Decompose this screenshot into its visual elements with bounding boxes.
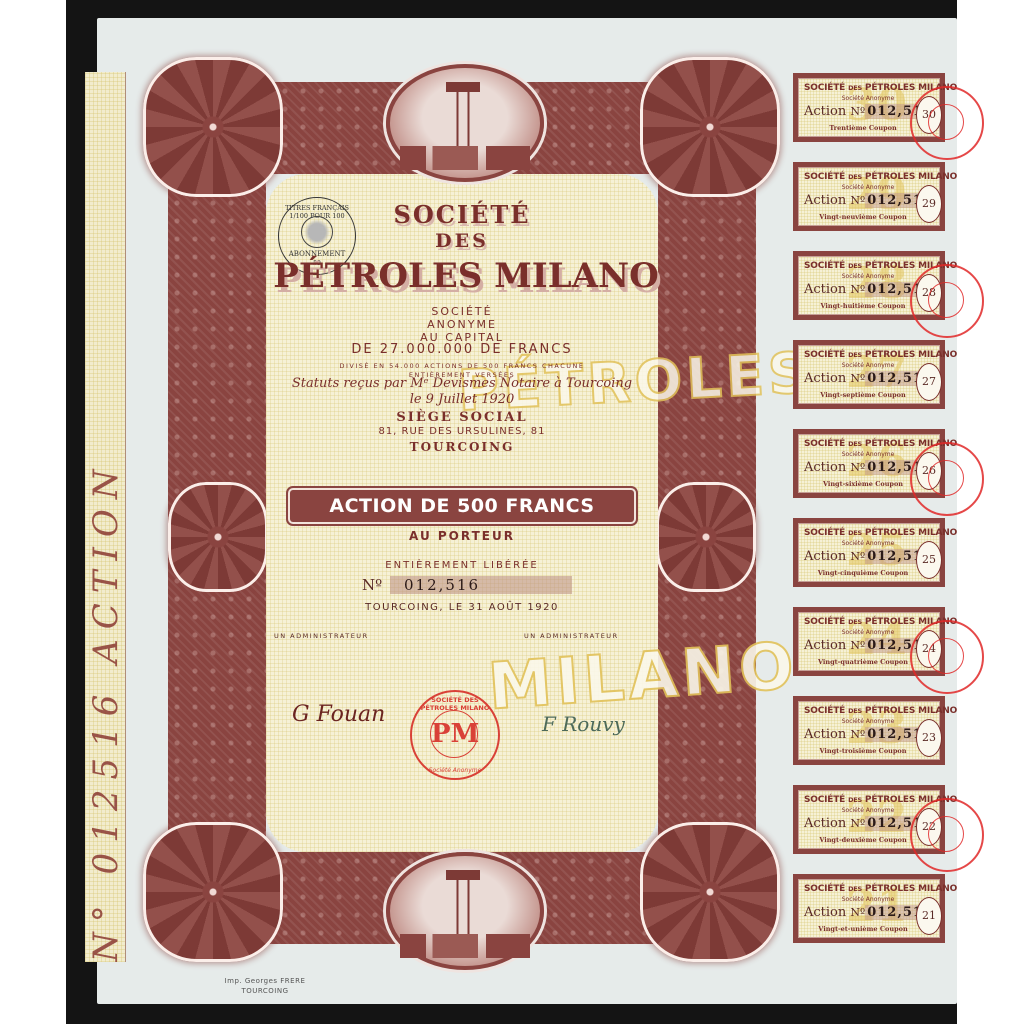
coupon-number-oval: 27 bbox=[916, 363, 942, 401]
coupon-number-oval: 22 bbox=[916, 808, 942, 846]
capital-amount: DE 27.000.000 DE FRANCS bbox=[266, 344, 658, 356]
coupon-sheet: 30SOCIÉTÉ DES PÉTROLES MILANOSociété Ano… bbox=[793, 73, 953, 963]
share-title-banner: ACTION DE 500 FRANCS bbox=[290, 490, 634, 522]
legal-form-2: ANONYME bbox=[266, 319, 658, 331]
dividend-coupon: 29SOCIÉTÉ DES PÉTROLES MILANOSociété Ano… bbox=[793, 162, 945, 231]
dividend-coupon: 22SOCIÉTÉ DES PÉTROLES MILANOSociété Ano… bbox=[793, 785, 945, 854]
rosette-ornament bbox=[143, 57, 283, 197]
oil-derrick-vignette bbox=[386, 64, 544, 182]
dividend-coupon: 23SOCIÉTÉ DES PÉTROLES MILANOSociété Ano… bbox=[793, 696, 945, 765]
coupon-company: SOCIÉTÉ DES PÉTROLES MILANO bbox=[804, 884, 944, 894]
coupon-legal-form: Société Anonyme bbox=[798, 896, 938, 903]
coupon-number-oval: 25 bbox=[916, 541, 942, 579]
coupon-label: Vingt-septième Coupon bbox=[798, 391, 928, 399]
seat-city: TOURCOING bbox=[266, 440, 658, 454]
dividend-coupon: 28SOCIÉTÉ DES PÉTROLES MILANOSociété Ano… bbox=[793, 251, 945, 320]
issue-place-date: TOURCOING, LE 31 AOÛT 1920 bbox=[266, 602, 658, 614]
coupon-label: Trentième Coupon bbox=[798, 124, 928, 132]
monogram-icon: PM bbox=[430, 710, 478, 758]
coupon-label: Vingt-et-unième Coupon bbox=[798, 925, 928, 933]
coupon-company: SOCIÉTÉ DES PÉTROLES MILANO bbox=[804, 83, 944, 93]
coupon-label: Vingt-sixième Coupon bbox=[798, 480, 928, 488]
certificate-frame: PÉTROLES MILANO TITRES FRANÇAIS 1/100 PO… bbox=[148, 62, 773, 962]
rosette-ornament bbox=[656, 482, 756, 592]
coupon-number-oval: 21 bbox=[916, 897, 942, 935]
coupon-label: Vingt-quatrième Coupon bbox=[798, 658, 928, 666]
company-line-1: SOCIÉTÉ bbox=[266, 200, 658, 229]
fully-paid-label: ENTIÈREMENT LIBÉRÉE bbox=[266, 560, 658, 572]
coupon-number-oval: 24 bbox=[916, 630, 942, 668]
coupon-legal-form: Société Anonyme bbox=[798, 451, 938, 458]
certificate-number: Nº 012,516 bbox=[362, 576, 572, 594]
coupon-label: Vingt-troisième Coupon bbox=[798, 747, 928, 755]
rosette-ornament bbox=[168, 482, 268, 592]
talon-script: N° 012516 ACTION bbox=[89, 72, 123, 962]
coupon-number-oval: 26 bbox=[916, 452, 942, 490]
coupon-company: SOCIÉTÉ DES PÉTROLES MILANO bbox=[804, 439, 944, 449]
coupon-legal-form: Société Anonyme bbox=[798, 95, 938, 102]
coupon-label: Vingt-deuxième Coupon bbox=[798, 836, 928, 844]
rosette-ornament bbox=[640, 822, 780, 962]
coupon-company: SOCIÉTÉ DES PÉTROLES MILANO bbox=[804, 795, 944, 805]
company-seal: SOCIÉTÉ DES PÉTROLES MILANO PM Société A… bbox=[410, 690, 500, 780]
legal-form-1: SOCIÉTÉ bbox=[266, 306, 658, 318]
coupon-legal-form: Société Anonyme bbox=[798, 184, 938, 191]
coupon-company: SOCIÉTÉ DES PÉTROLES MILANO bbox=[804, 617, 944, 627]
coupon-number-oval: 23 bbox=[916, 719, 942, 757]
coupon-company: SOCIÉTÉ DES PÉTROLES MILANO bbox=[804, 350, 944, 360]
rosette-ornament bbox=[143, 822, 283, 962]
coupon-number-oval: 28 bbox=[916, 274, 942, 312]
coupon-company: SOCIÉTÉ DES PÉTROLES MILANO bbox=[804, 528, 944, 538]
statutes-line: Statuts reçus par Mᵉ Devismes Notaire à … bbox=[266, 376, 658, 391]
company-line-2: DES bbox=[266, 230, 658, 252]
printer-imprint: Imp. Georges FRERE TOURCOING bbox=[200, 976, 330, 996]
company-name: PÉTROLES MILANO bbox=[256, 256, 676, 296]
signature-right: F Rouvy bbox=[542, 712, 625, 736]
bearer-label: AU PORTEUR bbox=[266, 530, 658, 542]
statutes-date: le 9 Juillet 1920 bbox=[266, 392, 658, 407]
seat-address: 81, RUE DES URSULINES, 81 bbox=[266, 426, 658, 438]
seat-label: SIÈGE SOCIAL bbox=[266, 410, 658, 425]
coupon-label: Vingt-cinquième Coupon bbox=[798, 569, 928, 577]
coupon-company: SOCIÉTÉ DES PÉTROLES MILANO bbox=[804, 261, 944, 271]
coupon-label: Vingt-neuvième Coupon bbox=[798, 213, 928, 221]
coupon-company: SOCIÉTÉ DES PÉTROLES MILANO bbox=[804, 706, 944, 716]
dividend-coupon: 26SOCIÉTÉ DES PÉTROLES MILANOSociété Ano… bbox=[793, 429, 945, 498]
administrator-label-right: UN ADMINISTRATEUR bbox=[524, 632, 619, 640]
talon-strip: N° 012516 ACTION bbox=[85, 72, 126, 962]
coupon-company: SOCIÉTÉ DES PÉTROLES MILANO bbox=[804, 172, 944, 182]
coupon-legal-form: Société Anonyme bbox=[798, 540, 938, 547]
dividend-coupon: 24SOCIÉTÉ DES PÉTROLES MILANOSociété Ano… bbox=[793, 607, 945, 676]
coupon-legal-form: Société Anonyme bbox=[798, 362, 938, 369]
coupon-number-oval: 30 bbox=[916, 96, 942, 134]
oil-derrick-vignette bbox=[386, 852, 544, 970]
coupon-number-oval: 29 bbox=[916, 185, 942, 223]
rosette-ornament bbox=[640, 57, 780, 197]
administrator-label-left: UN ADMINISTRATEUR bbox=[274, 632, 369, 640]
dividend-coupon: 30SOCIÉTÉ DES PÉTROLES MILANOSociété Ano… bbox=[793, 73, 945, 142]
coupon-label: Vingt-huitième Coupon bbox=[798, 302, 928, 310]
dividend-coupon: 25SOCIÉTÉ DES PÉTROLES MILANOSociété Ano… bbox=[793, 518, 945, 587]
dividend-coupon: 27SOCIÉTÉ DES PÉTROLES MILANOSociété Ano… bbox=[793, 340, 945, 409]
coupon-legal-form: Société Anonyme bbox=[798, 718, 938, 725]
signature-left: G Fouan bbox=[292, 702, 385, 727]
coupon-legal-form: Société Anonyme bbox=[798, 273, 938, 280]
dividend-coupon: 21SOCIÉTÉ DES PÉTROLES MILANOSociété Ano… bbox=[793, 874, 945, 943]
coupon-legal-form: Société Anonyme bbox=[798, 629, 938, 636]
coupon-legal-form: Société Anonyme bbox=[798, 807, 938, 814]
certificate-number-value: 012,516 bbox=[390, 576, 572, 594]
